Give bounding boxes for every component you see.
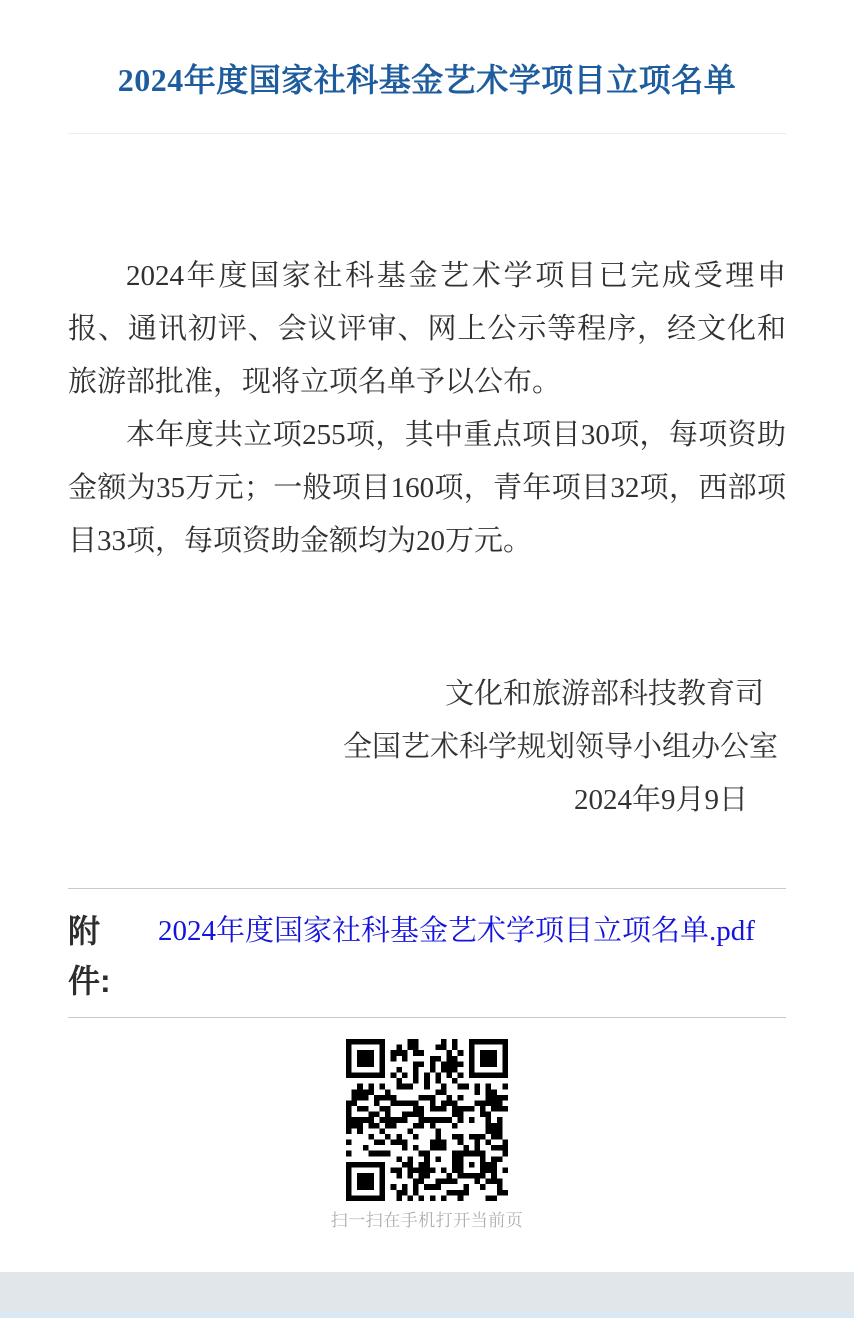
announcement-content: 2024年度国家社科基金艺术学项目立项名单 2024年度国家社科基金艺术学项目已…	[0, 0, 854, 1231]
footer-strip	[0, 1272, 854, 1318]
signature-org-2: 全国艺术科学规划领导小组办公室	[68, 721, 786, 774]
signature-org-1: 文化和旅游部科技教育司	[68, 668, 786, 721]
announcement-body: 2024年度国家社科基金艺术学项目已完成受理申报、通讯初评、会议评审、网上公示等…	[68, 134, 786, 568]
announcement-page: 2024年度国家社科基金艺术学项目立项名单 2024年度国家社科基金艺术学项目已…	[0, 0, 854, 1318]
qr-section: 扫一扫在手机打开当前页	[68, 1018, 786, 1231]
attachment-link[interactable]: 2024年度国家社科基金艺术学项目立项名单.pdf	[158, 906, 755, 956]
paragraph-procedure: 2024年度国家社科基金艺术学项目已完成受理申报、通讯初评、会议评审、网上公示等…	[68, 250, 786, 409]
attachment-row: 附件: 2024年度国家社科基金艺术学项目立项名单.pdf	[68, 889, 786, 1006]
page-title: 2024年度国家社科基金艺术学项目立项名单	[68, 0, 786, 103]
qr-caption: 扫一扫在手机打开当前页	[68, 1211, 786, 1231]
attachment-label: 附件:	[68, 906, 120, 1006]
qr-code	[346, 1039, 508, 1201]
footer-edge-line	[0, 1313, 854, 1318]
paragraph-statistics: 本年度共立项255项，其中重点项目30项，每项资助金额为35万元；一般项目160…	[68, 409, 786, 568]
signature-date: 2024年9月9日	[68, 774, 786, 827]
signature-block: 文化和旅游部科技教育司 全国艺术科学规划领导小组办公室 2024年9月9日	[68, 568, 786, 827]
